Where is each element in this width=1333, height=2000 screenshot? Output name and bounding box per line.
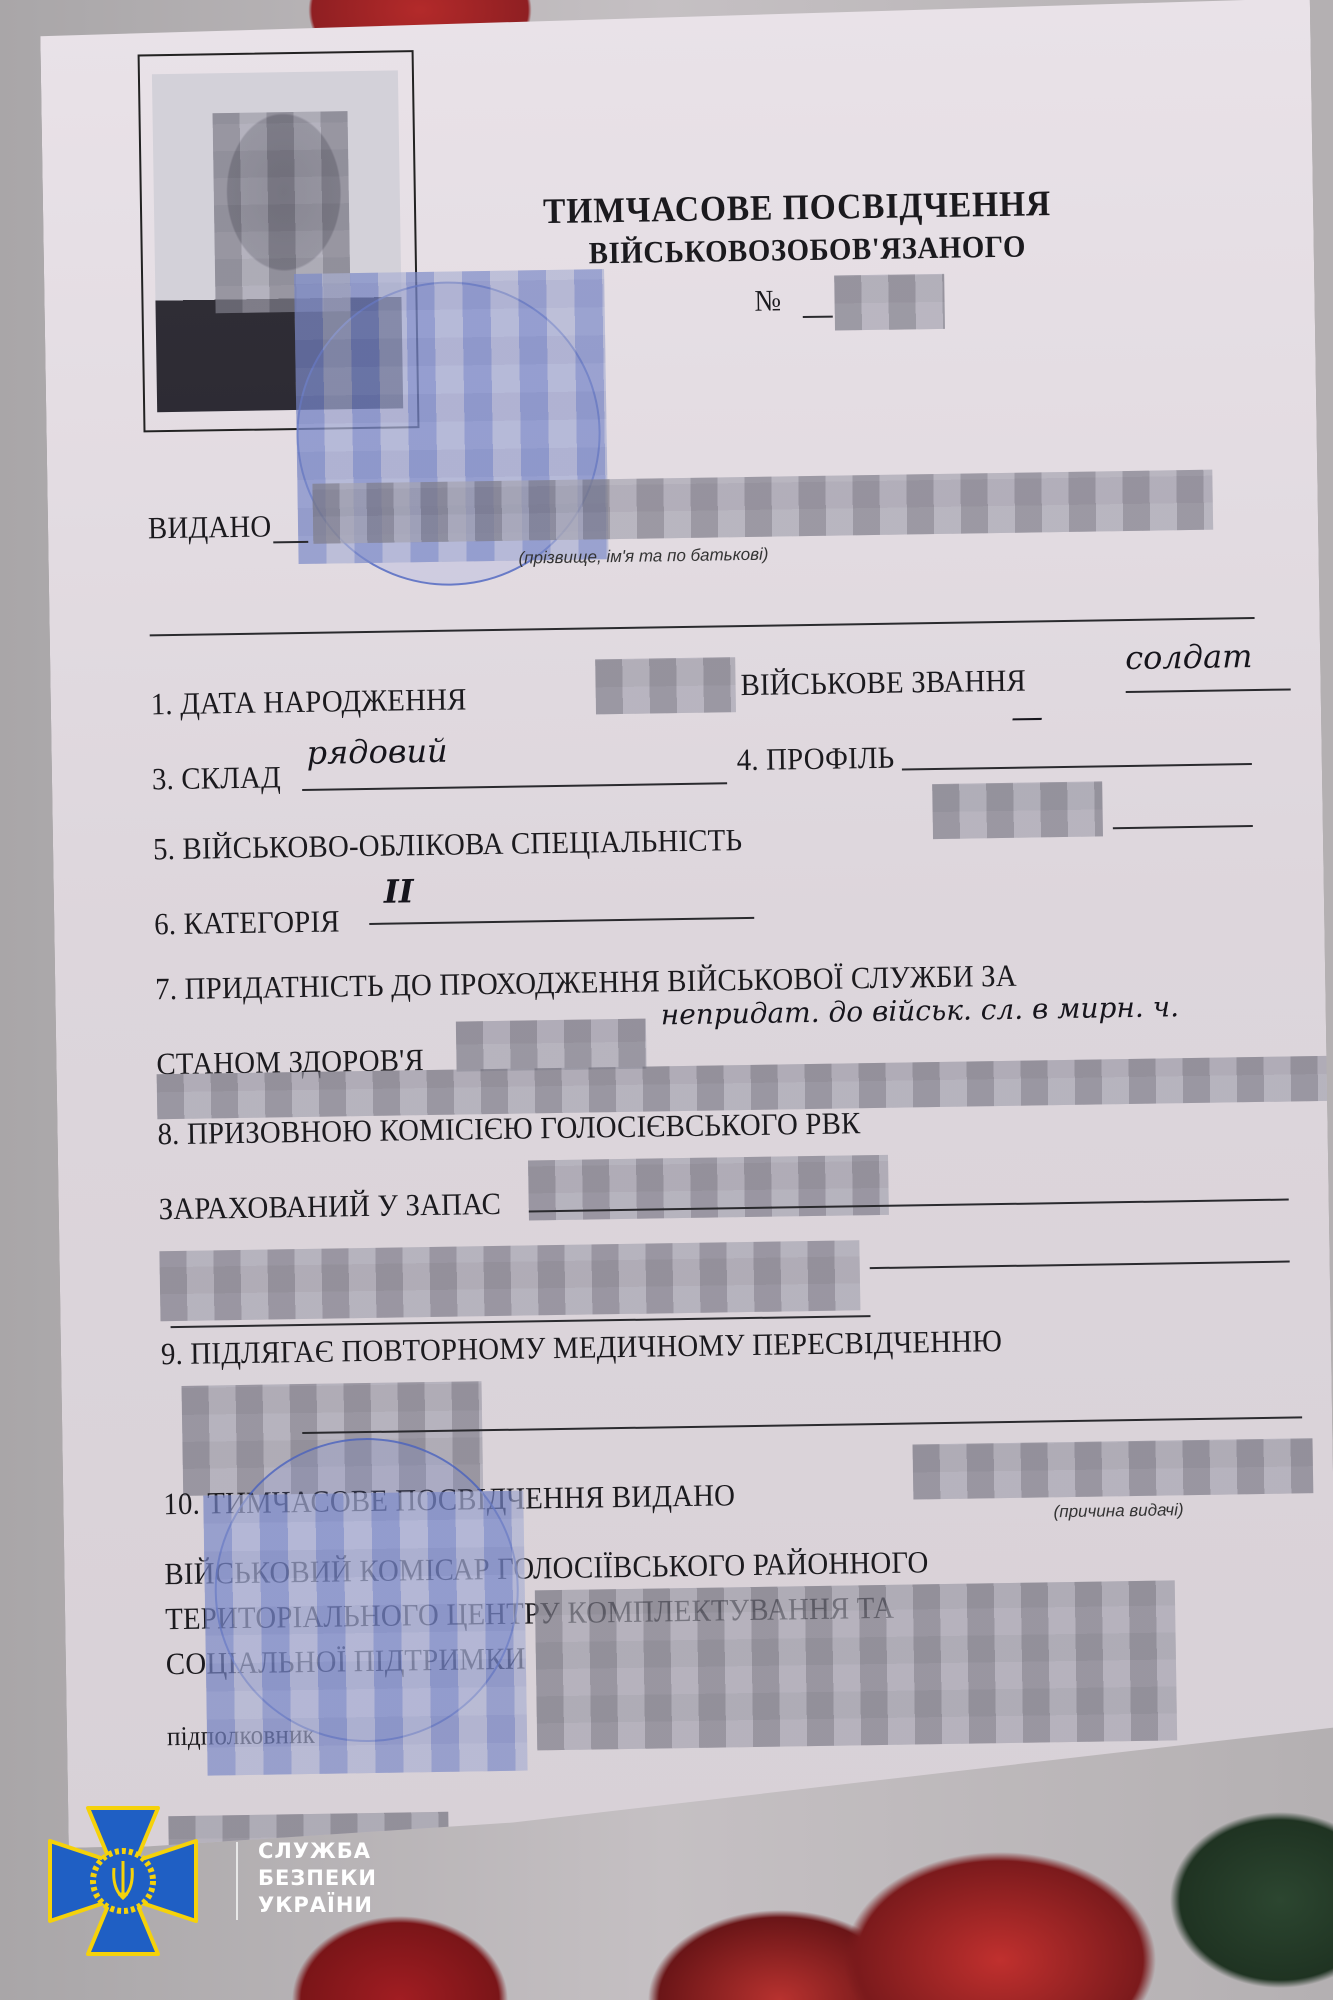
issued-to-hint: (прізвище, ім'я та по батькові): [518, 545, 768, 569]
document-title: ТИМЧАСОВЕ ПОСВІДЧЕННЯ: [543, 182, 1052, 232]
document-subtitle: ВІЙСЬКОВОЗОБОВ'ЯЗАНОГО: [588, 229, 1026, 272]
number-label: №: [754, 284, 781, 318]
category-value: II: [383, 872, 414, 910]
profile-underline: [902, 763, 1252, 770]
org-name-line3: УКРАЇНИ: [258, 1892, 377, 1919]
specialty-label: 5. ВІЙСЬКОВО-ОБЛІКОВА СПЕЦІАЛЬНІСТЬ: [153, 822, 743, 867]
category-underline: [369, 917, 754, 925]
sbu-logo: СЛУЖБА БЕЗПЕКИ УКРАЇНИ: [48, 1806, 393, 1956]
birth-date-redacted: [595, 657, 736, 714]
military-id-document: ТИМЧАСОВЕ ПОСВІДЧЕННЯ ВІЙСЬКОВОЗОБОВ'ЯЗА…: [40, 0, 1333, 1848]
logo-divider: [236, 1842, 238, 1920]
specialty-redacted: [932, 781, 1103, 839]
issued-reason-hint: (причина видачі): [1053, 1500, 1183, 1522]
rank-label: ВІЙСЬКОВЕ ЗВАННЯ: [740, 663, 1026, 703]
fitness-value: непридат. до військ. сл. в мирн. ч.: [660, 990, 1179, 1031]
number-redacted: [834, 274, 945, 331]
fitness-redacted: [456, 1019, 647, 1072]
org-name-line1: СЛУЖБА: [258, 1838, 377, 1865]
rank-underline: [1126, 688, 1291, 693]
reserve-continuation-underline: [870, 1261, 1290, 1270]
number-underline: [803, 316, 833, 318]
name-continuation-line: [150, 617, 1255, 636]
composition-underline: [302, 782, 727, 791]
birth-date-label: 1. ДАТА НАРОДЖЕННЯ: [151, 681, 467, 722]
issued-to-name-redacted: [312, 470, 1213, 544]
specialty-underline: [1113, 825, 1253, 829]
stamp-pixelation-bottom: [203, 1491, 527, 1776]
profile-value: —: [1011, 697, 1044, 735]
sbu-org-name: СЛУЖБА БЕЗПЕКИ УКРАЇНИ: [258, 1838, 377, 1919]
rank-value: солдат: [1125, 637, 1253, 677]
reserve-continuation-redacted: [159, 1240, 860, 1321]
sbu-cross-emblem-icon: [48, 1806, 198, 1956]
org-name-line2: БЕЗПЕКИ: [258, 1865, 377, 1892]
reserve-label: ЗАРАХОВАНИЙ У ЗАПАС: [158, 1186, 501, 1227]
issued-reason-redacted: [913, 1438, 1314, 1499]
composition-value: рядовий: [306, 732, 448, 772]
recheck-label: 9. ПІДЛЯГАЄ ПОВТОРНОМУ МЕДИЧНОМУ ПЕРЕСВІ…: [161, 1323, 1003, 1372]
signature-redacted: [535, 1580, 1177, 1750]
category-label: 6. КАТЕГОРІЯ: [154, 903, 340, 942]
profile-label: 4. ПРОФІЛЬ: [736, 740, 894, 778]
issued-to-label: ВИДАНО: [148, 508, 272, 546]
composition-label: 3. СКЛАД: [152, 759, 281, 797]
